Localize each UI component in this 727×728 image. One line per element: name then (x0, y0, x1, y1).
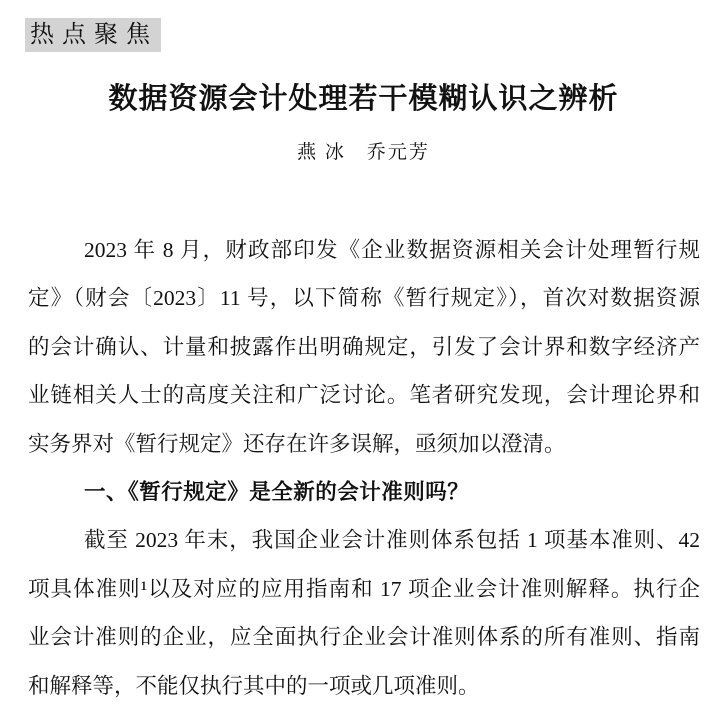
article-authors: 燕 冰 乔元芳 (0, 137, 727, 164)
text-line: 截至 2023 年末，我国企业会计准则体系包括 1 项基本准则、42 (28, 516, 700, 564)
text-line: 和解释等，不能仅执行其中的一项或几项准则。 (28, 662, 700, 710)
section-heading-1: 一、《暂行规定》是全新的会计准则吗？ (28, 468, 700, 516)
text-line: 项具体准则¹以及对应的应用指南和 17 项企业会计准则解释。执行企 (28, 565, 700, 613)
text-line: 实务界对《暂行规定》还存在许多误解，亟须加以澄清。 (28, 420, 700, 468)
paragraph-1: 2023 年 8 月，财政部印发《企业数据资源相关会计处理暂行规 定》（财会〔2… (28, 226, 700, 468)
text-line: 2023 年 8 月，财政部印发《企业数据资源相关会计处理暂行规 (28, 226, 700, 274)
article-body: 2023 年 8 月，财政部印发《企业数据资源相关会计处理暂行规 定》（财会〔2… (28, 226, 700, 710)
text-line: 业链相关人士的高度关注和广泛讨论。笔者研究发现，会计理论界和 (28, 371, 700, 419)
section-tag: 热点聚焦 (25, 18, 161, 52)
text-line: 定》（财会〔2023〕11 号，以下简称《暂行规定》），首次对数据资源 (28, 274, 700, 322)
article-title: 数据资源会计处理若干模糊认识之辨析 (0, 76, 727, 117)
text-line: 业会计准则的企业，应全面执行企业会计准则体系的所有准则、指南 (28, 613, 700, 661)
paragraph-2: 截至 2023 年末，我国企业会计准则体系包括 1 项基本准则、42 项具体准则… (28, 516, 700, 710)
article-page: 热点聚焦 数据资源会计处理若干模糊认识之辨析 燕 冰 乔元芳 2023 年 8 … (0, 0, 727, 728)
text-line: 的会计确认、计量和披露作出明确规定，引发了会计界和数字经济产 (28, 323, 700, 371)
